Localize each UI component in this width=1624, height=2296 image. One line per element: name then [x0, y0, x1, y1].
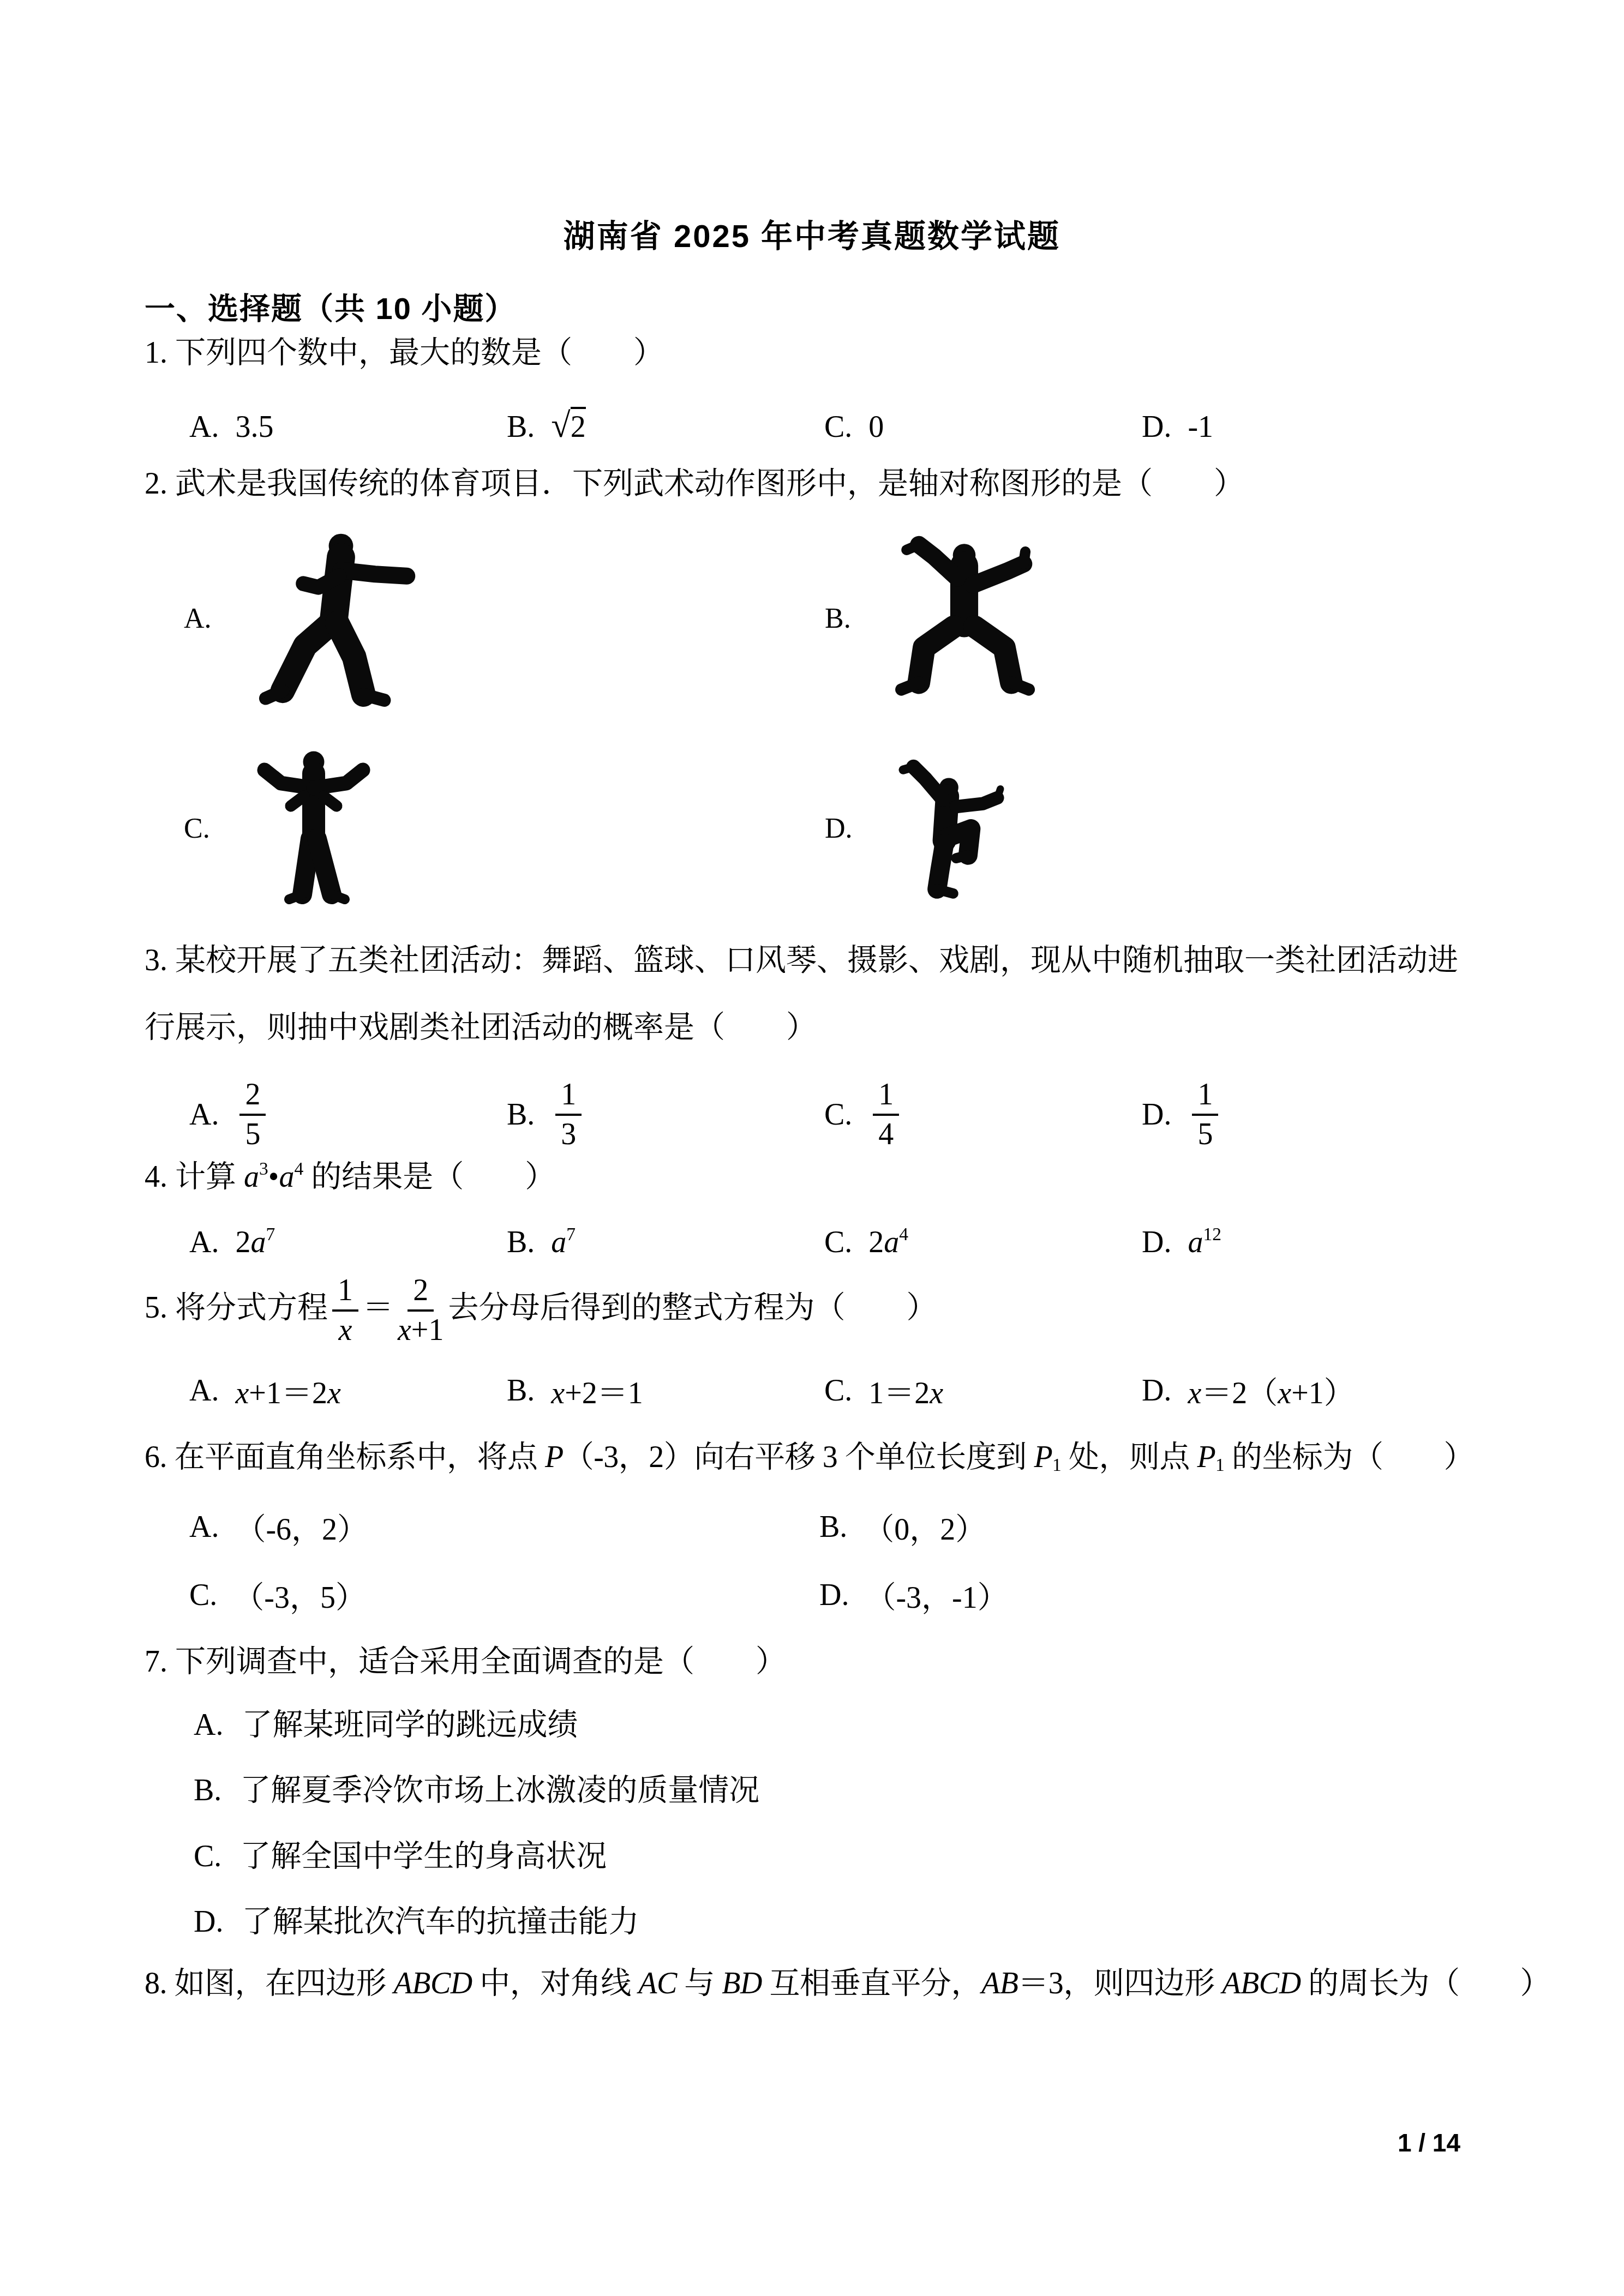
option-c-label: C. — [824, 410, 852, 444]
question-2-text: 2. 武术是我国传统的体育项目．下列武术动作图形中，是轴对称图形的是（ ） — [145, 466, 1479, 501]
option-a-label: A. — [189, 1510, 219, 1544]
question-5-option-d: D. x＝2（x+1） — [1142, 1369, 1479, 1413]
option-d-label: D. — [1142, 1225, 1171, 1260]
question-6-option-b: B. （0，2） — [819, 1505, 1479, 1549]
option-c-value: 2a4 — [868, 1225, 908, 1260]
question-2-option-b-label: B. — [825, 603, 851, 635]
question-6-option-c: C. （-3，5） — [189, 1573, 819, 1617]
question-7-option-b: B. 了解夏季冷饮市场上冰激凌的质量情况 — [194, 1773, 1479, 1808]
question-4-option-d: D. a12 — [1142, 1225, 1479, 1260]
question-1-options: A. 3.5 B. √2 C. 0 D. -1 — [189, 410, 1479, 444]
question-7-option-d: D. 了解某批次汽车的抗撞击能力 — [194, 1904, 1479, 1939]
option-b-label: B. — [507, 1097, 535, 1132]
option-a-value: 25 — [235, 1078, 270, 1151]
question-4-option-c: C. 2a4 — [824, 1225, 1142, 1260]
option-d-label: D. — [1142, 410, 1171, 444]
option-a-label: A. — [189, 1225, 219, 1260]
option-b-value: （0，2） — [864, 1505, 986, 1549]
option-d-value: x＝2（x+1） — [1188, 1369, 1354, 1413]
option-c-label: C. — [824, 1373, 852, 1408]
question-3-option-a: A. 25 — [189, 1078, 507, 1151]
option-d-value: 15 — [1188, 1078, 1223, 1151]
question-3-options: A. 25 B. 13 C. 14 D. 15 — [189, 1078, 1479, 1151]
question-2-figures-row-cd: C. D. — [145, 747, 1479, 916]
option-a-label: A. — [189, 1097, 219, 1132]
question-3-text: 3. 某校开展了五类社团活动：舞蹈、篮球、口风琴、摄影、戏剧，现从中随机抽取一类… — [145, 927, 1479, 1061]
option-c-value: 了解全国中学生的身高状况 — [240, 1839, 607, 1874]
question-6-option-a: A. （-6，2） — [189, 1505, 819, 1549]
option-c-value: 0 — [868, 410, 884, 444]
option-c-label: C. — [824, 1225, 852, 1260]
option-a-label: A. — [189, 410, 219, 444]
option-b-value: x+2＝1 — [551, 1369, 643, 1413]
question-4-text: 4. 计算 a3•a4 的结果是（ ） — [145, 1159, 1479, 1194]
question-3-option-d: D. 15 — [1142, 1078, 1479, 1151]
question-5-options: A. x+1＝2x B. x+2＝1 C. 1＝2x D. x＝2（x+1） — [189, 1369, 1479, 1413]
question-5-option-a: A. x+1＝2x — [189, 1369, 507, 1413]
option-d-value: -1 — [1188, 410, 1213, 444]
option-a-value: x+1＝2x — [235, 1369, 340, 1413]
page-title: 湖南省 2025 年中考真题数学试题 — [145, 218, 1479, 255]
martial-arts-silhouette-b — [876, 529, 1053, 704]
question-2-option-d-label: D. — [825, 813, 853, 845]
question-6-options-row-1: A. （-6，2） B. （0，2） — [189, 1505, 1479, 1549]
question-6-option-d: D. （-3，-1） — [819, 1573, 1479, 1617]
question-1-option-d: D. -1 — [1142, 410, 1479, 444]
option-b-label: B. — [507, 1225, 535, 1260]
option-b-value: 了解夏季冷饮市场上冰激凌的质量情况 — [240, 1773, 759, 1808]
option-b-value: a7 — [551, 1225, 576, 1260]
option-a-label: A. — [189, 1373, 219, 1408]
question-1-option-c: C. 0 — [824, 410, 1142, 444]
option-b-value: 13 — [551, 1078, 586, 1151]
question-5-text: 5. 将分式方程1x＝2x+1去分母后得到的整式方程为（ ） — [145, 1273, 1479, 1347]
question-6-text: 6. 在平面直角坐标系中，将点 P（-3，2）向右平移 3 个单位长度到 P1 … — [145, 1440, 1479, 1475]
option-c-value: 14 — [868, 1078, 903, 1151]
question-1-option-b: B. √2 — [507, 410, 824, 444]
option-c-label: C. — [824, 1097, 852, 1132]
option-a-value: （-6，2） — [235, 1505, 368, 1549]
section-heading: 一、选择题（共 10 小题） — [145, 291, 1479, 326]
option-d-label: D. — [194, 1904, 223, 1939]
question-2-figures-row-ab: A. B. — [145, 526, 1479, 720]
option-a-label: A. — [194, 1708, 223, 1742]
martial-arts-silhouette-c — [232, 747, 395, 911]
question-7-option-a: A. 了解某班同学的跳远成绩 — [194, 1708, 1479, 1742]
martial-arts-silhouette-d — [877, 747, 1024, 916]
question-8-text: 8. 如图，在四边形 ABCD 中，对角线 AC 与 BD 互相垂直平分，AB＝… — [145, 1966, 1479, 2001]
question-5-option-b: B. x+2＝1 — [507, 1369, 824, 1413]
option-c-value: 1＝2x — [868, 1369, 943, 1413]
question-4-option-a: A. 2a7 — [189, 1225, 507, 1260]
question-1-text: 1. 下列四个数中，最大的数是（ ） — [145, 335, 1479, 370]
question-3-option-b: B. 13 — [507, 1078, 824, 1151]
page-number-indicator: 1 / 14 — [1398, 2128, 1460, 2157]
question-2-option-a-label: A. — [184, 603, 212, 635]
option-a-value: 了解某班同学的跳远成绩 — [242, 1708, 578, 1742]
option-a-value: 2a7 — [235, 1225, 275, 1260]
question-2-option-c-label: C. — [184, 813, 210, 845]
question-6-options-row-2: C. （-3，5） D. （-3，-1） — [189, 1573, 1479, 1617]
option-d-label: D. — [819, 1578, 849, 1613]
option-c-value: （-3，5） — [233, 1573, 366, 1617]
option-c-label: C. — [194, 1839, 221, 1874]
martial-arts-silhouette-a — [245, 529, 436, 717]
option-a-value: 3.5 — [235, 410, 273, 444]
option-b-value: √2 — [551, 410, 585, 444]
option-d-value: 了解某批次汽车的抗撞击能力 — [242, 1904, 639, 1939]
question-5-option-c: C. 1＝2x — [824, 1369, 1142, 1413]
page-content: 湖南省 2025 年中考真题数学试题 一、选择题（共 10 小题） 1. 下列四… — [0, 0, 1624, 2296]
question-3-option-c: C. 14 — [824, 1078, 1142, 1151]
option-b-label: B. — [819, 1510, 847, 1544]
question-1-option-a: A. 3.5 — [189, 410, 507, 444]
question-7-text: 7. 下列调查中，适合采用全面调查的是（ ） — [145, 1644, 1479, 1679]
option-b-label: B. — [507, 410, 535, 444]
option-c-label: C. — [189, 1578, 217, 1613]
question-4-options: A. 2a7 B. a7 C. 2a4 D. a12 — [189, 1225, 1479, 1260]
option-d-label: D. — [1142, 1097, 1171, 1132]
option-b-label: B. — [194, 1773, 221, 1808]
option-b-label: B. — [507, 1373, 535, 1408]
option-d-value: （-3，-1） — [865, 1573, 1008, 1617]
question-4-option-b: B. a7 — [507, 1225, 824, 1260]
option-d-label: D. — [1142, 1373, 1171, 1408]
exam-document-page: 湖南省 2025 年中考真题数学试题 一、选择题（共 10 小题） 1. 下列四… — [0, 0, 1624, 2296]
option-d-value: a12 — [1188, 1225, 1221, 1260]
question-7-option-c: C. 了解全国中学生的身高状况 — [194, 1839, 1479, 1874]
